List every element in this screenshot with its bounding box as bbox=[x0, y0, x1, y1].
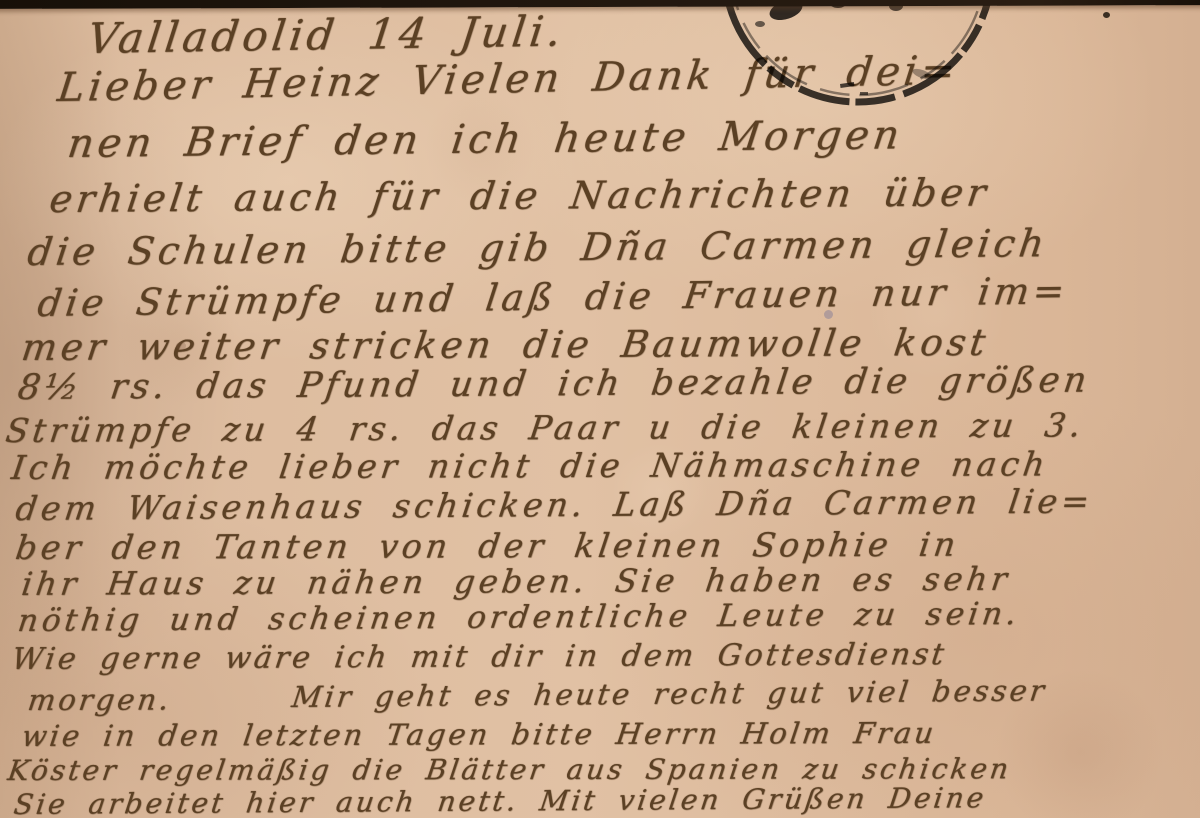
letter-line: ihr Haus zu nähen geben. Sie haben es se… bbox=[20, 563, 1013, 600]
letter-line: erhielt auch für die Nachrichten über bbox=[47, 173, 992, 218]
ink-speck bbox=[1103, 12, 1110, 18]
letter-line: dem Waisenhaus schicken. Laß Dña Carmen … bbox=[14, 484, 1095, 525]
letter-line: Ich möchte lieber nicht die Nähmaschine … bbox=[10, 447, 1051, 484]
letter-line: morgen. bbox=[26, 685, 173, 715]
letter-line: die Strümpfe und laß die Frauen nur im= bbox=[36, 272, 1071, 322]
letter-line: ber den Tanten von der kleinen Sophie in bbox=[14, 528, 962, 564]
postcard-scan: Valladolid 14 Juli. Lieber Heinz Vielen … bbox=[0, 0, 1200, 818]
letter-line: wie in den letzten Tagen bitte Herrn Hol… bbox=[20, 719, 938, 751]
letter-line: Mir geht es heute recht gut viel besser bbox=[290, 676, 1049, 712]
letter-line: mer weiter stricken die Baumwolle kost bbox=[19, 324, 991, 366]
postmark-stamp bbox=[690, 0, 1050, 146]
letter-line: die Schulen bitte gib Dña Carmen gleich bbox=[25, 224, 1050, 271]
letter-line-closing: Sie arbeitet hier auch nett. Mit vielen … bbox=[12, 784, 988, 818]
ink-speck bbox=[824, 310, 833, 319]
letter-line: Strümpfe zu 4 rs. das Paar u die kleinen… bbox=[4, 408, 1087, 447]
letter-line: Köster regelmäßig die Blätter aus Spanie… bbox=[6, 755, 1013, 785]
letter-line-date: Valladolid 14 Juli. bbox=[85, 11, 567, 60]
letter-line: Wie gerne wäre ich mit dir in dem Gottes… bbox=[10, 640, 949, 675]
paper-blemish bbox=[176, 342, 186, 350]
letter-line: 8½ rs. das Pfund und ich bezahle die grö… bbox=[16, 364, 1093, 406]
letter-line: nöthig und scheinen ordentliche Leute zu… bbox=[16, 599, 1022, 637]
